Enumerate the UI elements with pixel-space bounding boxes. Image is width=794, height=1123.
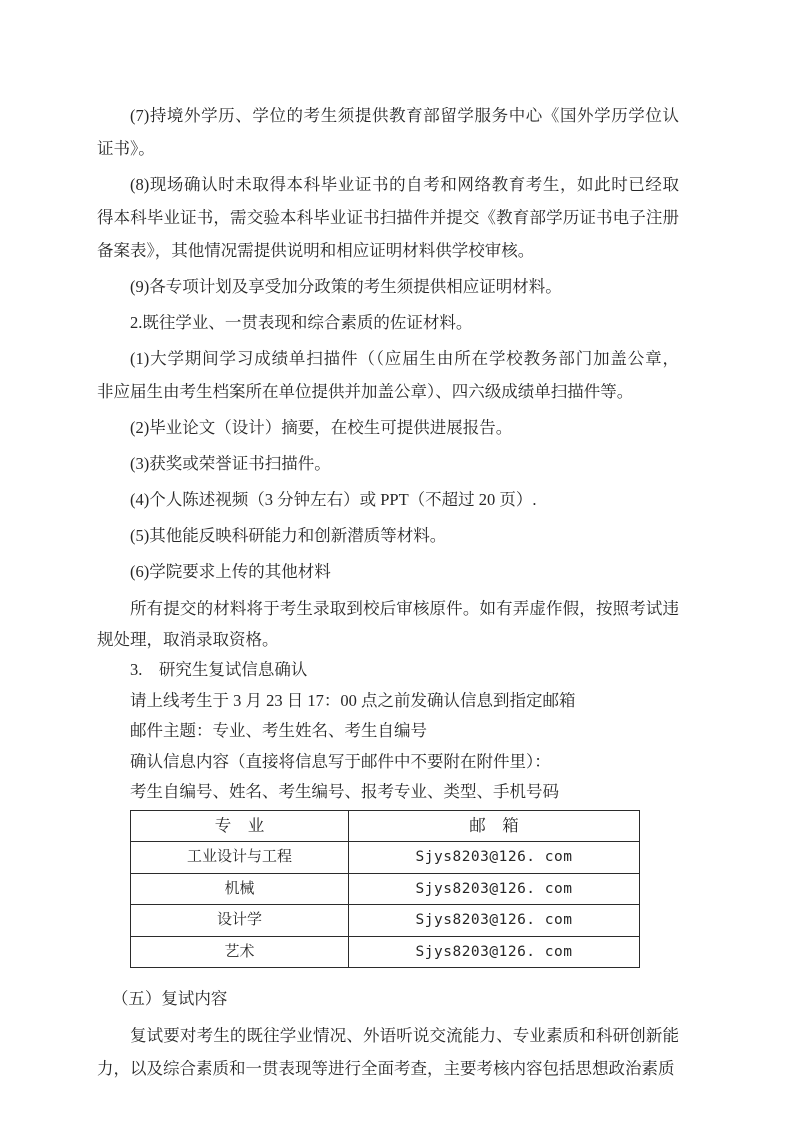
confirm-content-note: 确认信息内容（直接将信息写于邮件中不要附在附件里）： bbox=[97, 747, 679, 778]
item-2-5: (5)其他能反映科研能力和创新潜质等材料。 bbox=[97, 519, 679, 552]
item-7-line-2: 证书》。 bbox=[97, 132, 679, 165]
document-page: (7)持境外学历、学位的考生须提供教育部留学服务中心《国外学历学位认 证书》。 … bbox=[0, 0, 794, 1123]
review-line-2: 力，以及综合素质和一贯表现等进行全面考查，主要考核内容包括思想政治素质 bbox=[97, 1052, 679, 1085]
table-row: 艺术 Sjys8203@126. com bbox=[131, 936, 640, 968]
heading-section-2: 2.既往学业、一贯表现和综合素质的佐证材料。 bbox=[97, 306, 679, 339]
review-line-1: 复试要对考生的既往学业情况、外语听说交流能力、专业素质和科研创新能 bbox=[97, 1019, 679, 1052]
table-row: 工业设计与工程 Sjys8203@126. com bbox=[131, 842, 640, 874]
item-9: (9)各专项计划及享受加分政策的考生须提供相应证明材料。 bbox=[97, 270, 679, 303]
item-2-1-line-2: 非应届生由考生档案所在单位提供并加盖公章）、四六级成绩单扫描件等。 bbox=[97, 375, 679, 408]
item-8-line-3: 备案表》，其他情况需提供说明和相应证明材料供学校审核。 bbox=[97, 234, 679, 267]
column-header-major: 专 业 bbox=[131, 810, 349, 842]
cell-email: Sjys8203@126. com bbox=[349, 905, 640, 937]
cell-major: 工业设计与工程 bbox=[131, 842, 349, 874]
confirm-deadline: 请上线考生于 3 月 23 日 17：00 点之前发确认信息到指定邮箱 bbox=[97, 686, 679, 717]
item-8-line-2: 得本科毕业证书，需交验本科毕业证书扫描件并提交《教育部学历证书电子注册 bbox=[97, 201, 679, 234]
mail-subject: 邮件主题：专业、考生姓名、考生自编号 bbox=[97, 716, 679, 747]
item-2-2: (2)毕业论文（设计）摘要，在校生可提供进展报告。 bbox=[97, 411, 679, 444]
cell-major: 艺术 bbox=[131, 936, 349, 968]
table-header-row: 专 业 邮 箱 bbox=[131, 810, 640, 842]
cell-major: 机械 bbox=[131, 873, 349, 905]
column-header-email: 邮 箱 bbox=[349, 810, 640, 842]
item-2-1-line-1: (1)大学期间学习成绩单扫描件（（应届生由所在学校教务部门加盖公章， bbox=[97, 342, 679, 375]
heading-section-3: 3. 研究生复试信息确认 bbox=[97, 655, 679, 686]
cell-email: Sjys8203@126. com bbox=[349, 842, 640, 874]
heading-section-5: （五）复试内容 bbox=[97, 982, 679, 1015]
table-row: 机械 Sjys8203@126. com bbox=[131, 873, 640, 905]
section-info-confirmation: 所有提交的材料将于考生录取到校后审核原件。如有弄虚作假，按照考试违 规处理，取消… bbox=[97, 594, 679, 968]
confirm-fields: 考生自编号、姓名、考生编号、报考专业、类型、手机号码 bbox=[97, 777, 679, 808]
cell-email: Sjys8203@126. com bbox=[349, 873, 640, 905]
cell-major: 设计学 bbox=[131, 905, 349, 937]
document-body: (7)持境外学历、学位的考生须提供教育部留学服务中心《国外学历学位认 证书》。 … bbox=[97, 99, 679, 1085]
item-7-line-1: (7)持境外学历、学位的考生须提供教育部留学服务中心《国外学历学位认 bbox=[97, 99, 679, 132]
item-2-4: (4)个人陈述视频（3 分钟左右）或 PPT（不超过 20 页）. bbox=[97, 483, 679, 516]
section-application-materials: (7)持境外学历、学位的考生须提供教育部留学服务中心《国外学历学位认 证书》。 … bbox=[97, 99, 679, 588]
note-line-1: 所有提交的材料将于考生录取到校后审核原件。如有弄虚作假，按照考试违 bbox=[97, 594, 679, 625]
note-line-2: 规处理，取消录取资格。 bbox=[97, 625, 679, 656]
item-2-3: (3)获奖或荣誉证书扫描件。 bbox=[97, 447, 679, 480]
item-8-line-1: (8)现场确认时未取得本科毕业证书的自考和网络教育考生，如此时已经取 bbox=[97, 168, 679, 201]
section-review-content: （五）复试内容 复试要对考生的既往学业情况、外语听说交流能力、专业素质和科研创新… bbox=[97, 982, 679, 1085]
major-email-table: 专 业 邮 箱 工业设计与工程 Sjys8203@126. com 机械 Sjy… bbox=[130, 810, 640, 969]
item-2-6: (6)学院要求上传的其他材料 bbox=[97, 555, 679, 588]
table-row: 设计学 Sjys8203@126. com bbox=[131, 905, 640, 937]
cell-email: Sjys8203@126. com bbox=[349, 936, 640, 968]
